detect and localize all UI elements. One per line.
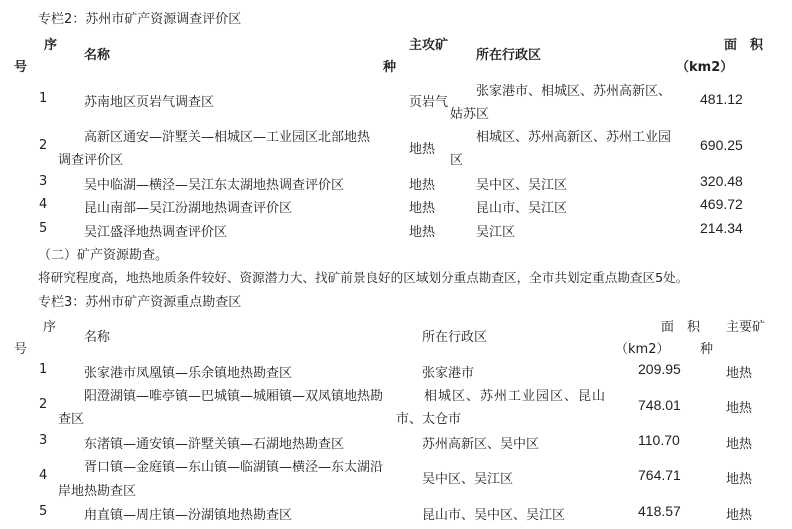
table2-row5-mineral: 地热 xyxy=(409,221,435,240)
table3-row4-name-l2: 岸地热勘查区 xyxy=(58,480,136,499)
table2-header-district: 所在行政区 xyxy=(476,44,541,63)
table2-header-area-top: 面 积 xyxy=(724,34,763,53)
table3-header-area-bottom: （km2） xyxy=(615,338,669,357)
table3-row2-name-l1: 阳澄湖镇—唯亭镇—巴城镇—城厢镇—双凤镇地热勘 xyxy=(84,385,383,404)
table2-row2-mineral: 地热 xyxy=(409,138,435,157)
table2-row3-seq: 3 xyxy=(39,174,47,189)
table2-row4-area: 469.72 xyxy=(700,196,743,212)
table3-row2-seq: 2 xyxy=(39,397,47,412)
table2-row2-name-l1: 高新区通安—浒墅关—相城区—工业园区北部地热 xyxy=(84,126,370,145)
table2-row4-district: 昆山市、吴江区 xyxy=(476,197,567,216)
table2-row5-name: 吴江盛泽地热调查评价区 xyxy=(84,221,227,240)
table3-row5-mineral: 地热 xyxy=(726,504,752,523)
table2-row4-seq: 4 xyxy=(39,197,47,212)
table3-row1-mineral: 地热 xyxy=(726,362,752,381)
table2-row1-mineral: 页岩气 xyxy=(409,91,448,110)
table2-row3-district: 吴中区、吴江区 xyxy=(476,174,567,193)
table2-header-area-bottom: （km2） xyxy=(676,56,733,75)
table3-row1-name: 张家港市凤凰镇—乐余镇地热勘查区 xyxy=(84,362,292,381)
table3-row2-district-l2: 市、太仓市 xyxy=(396,408,461,427)
table3-header-area-top: 面 积 xyxy=(661,316,700,335)
table2-row2-name-l2: 调查评价区 xyxy=(58,149,123,168)
table2-row5-district: 吴江区 xyxy=(476,221,515,240)
table2-header-name: 名称 xyxy=(84,44,110,63)
table2-header-seq-bottom: 号 xyxy=(14,56,27,75)
table2-row2-district-l2: 区 xyxy=(450,149,463,168)
table3-caption: 专栏3：苏州市矿产资源重点勘查区 xyxy=(38,291,241,310)
table2-header-mineral-top: 主攻矿 xyxy=(409,34,448,53)
table2-row5-seq: 5 xyxy=(39,221,47,236)
table3-row2-district-l1: 相城区、苏州工业园区、昆山 xyxy=(424,385,606,404)
table3-row5-area: 418.57 xyxy=(638,503,681,519)
table2-row1-district-l1: 张家港市、相城区、苏州高新区、 xyxy=(476,80,671,99)
table3-row4-area: 764.71 xyxy=(638,467,681,483)
table2-row1-district-l2: 姑苏区 xyxy=(450,103,489,122)
table3-row3-area: 110.70 xyxy=(638,432,680,448)
section-heading: （二）矿产资源勘查。 xyxy=(38,244,168,263)
table2-row1-area: 481.12 xyxy=(700,91,743,107)
table3-row4-mineral: 地热 xyxy=(726,468,752,487)
table2-row3-mineral: 地热 xyxy=(409,174,435,193)
table3-header-mineral-bottom: 种 xyxy=(700,338,713,357)
table3-row4-name-l1: 胥口镇—金庭镇—东山镇—临湖镇—横泾—东太湖沿 xyxy=(84,456,383,475)
table2-caption: 专栏2：苏州市矿产资源调查评价区 xyxy=(38,8,241,27)
table3-row2-mineral: 地热 xyxy=(726,397,752,416)
table3-header-name: 名称 xyxy=(84,326,110,345)
table2-row1-seq: 1 xyxy=(39,91,47,106)
table2-row3-name: 吴中临湖—横泾—吴江东太湖地热调查评价区 xyxy=(84,174,344,193)
section-paragraph: 将研究程度高，地热地质条件较好、资源潜力大、找矿前景良好的区域划分重点勘查区，全… xyxy=(38,267,688,286)
table3-row3-district: 苏州高新区、吴中区 xyxy=(422,433,539,452)
table3-row4-district: 吴中区、吴江区 xyxy=(422,468,513,487)
table3-row1-seq: 1 xyxy=(39,362,47,377)
table2-row4-name: 昆山南部—吴江汾湖地热调查评价区 xyxy=(84,197,292,216)
table3-row2-name-l2: 查区 xyxy=(58,408,84,427)
table3-row1-area: 209.95 xyxy=(638,361,681,377)
table2-header-mineral-bottom: 种 xyxy=(383,56,396,75)
table3-row5-seq: 5 xyxy=(39,504,47,519)
table2-row2-area: 690.25 xyxy=(700,137,743,153)
table3-row3-mineral: 地热 xyxy=(726,433,752,452)
table3-row3-seq: 3 xyxy=(39,433,47,448)
table3-row5-district: 昆山市、吴中区、吴江区 xyxy=(422,504,565,523)
table3-row4-seq: 4 xyxy=(39,468,47,483)
table3-header-district: 所在行政区 xyxy=(422,326,487,345)
table3-row3-name: 东渚镇—通安镇—浒墅关镇—石湖地热勘查区 xyxy=(84,433,344,452)
table3-row5-name: 甪直镇—周庄镇—汾湖镇地热勘查区 xyxy=(84,504,292,523)
table2-row3-area: 320.48 xyxy=(700,173,743,189)
table2-row1-name: 苏南地区页岩气调查区 xyxy=(84,91,214,110)
table3-header-seq-top: 序 xyxy=(43,316,56,335)
table2-row4-mineral: 地热 xyxy=(409,197,435,216)
table2-header-seq-top: 序 xyxy=(44,34,57,53)
table2-row5-area: 214.34 xyxy=(700,220,743,236)
table3-row2-area: 748.01 xyxy=(638,397,681,413)
table3-header-seq-bottom: 号 xyxy=(14,338,27,357)
table2-row2-district-l1: 相城区、苏州高新区、苏州工业园 xyxy=(476,126,671,145)
table2-row2-seq: 2 xyxy=(39,138,47,153)
table3-row1-district: 张家港市 xyxy=(422,362,474,381)
table3-header-mineral-top: 主要矿 xyxy=(726,316,765,335)
